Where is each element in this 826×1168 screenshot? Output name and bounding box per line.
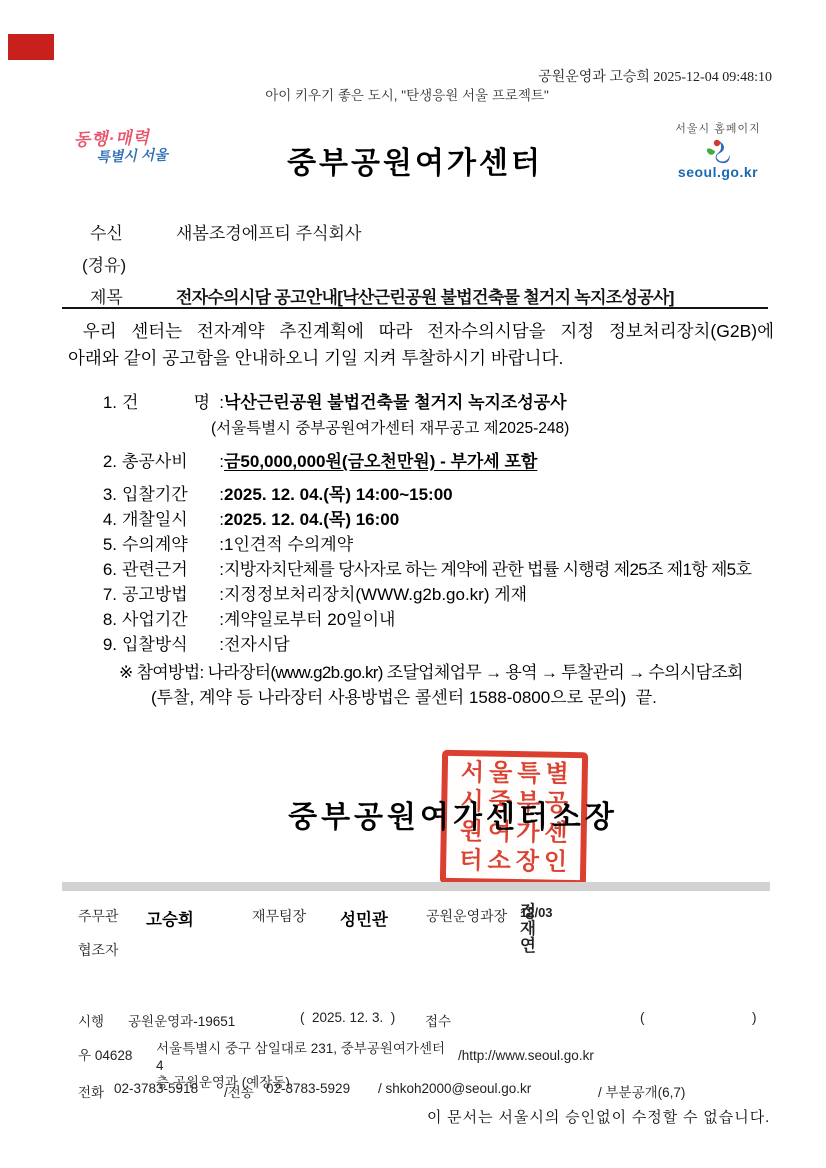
seal-row-1: 서울특별	[448, 759, 582, 787]
city-slogan: 아이 키우기 좋은 도시, "탄생응원 서울 프로젝트"	[0, 84, 820, 104]
item-number: 3.	[95, 482, 117, 507]
homepage-url: seoul.go.kr	[670, 165, 766, 179]
item-value-announce-method: 지정정보처리장치(WWW.g2b.go.kr) 게재	[224, 582, 782, 607]
recipient-block: 수신 새봄조경에프티 주식회사 (경유) 제목 전자수의시담 공고안내[낙산근린…	[90, 218, 768, 314]
cooperator-label: 협조자	[78, 940, 119, 960]
tel-number: 02-3783-5918	[114, 1081, 198, 1096]
intro-paragraph: 우리 센터는 전자계약 추진계획에 따라 전자수의시담을 지정 정보처리장치(G…	[68, 318, 774, 372]
intro-line-1: 우리 센터는 전자계약 추진계획에 따라 전자수의시담을 지정 정보처리장치(G…	[68, 318, 774, 345]
item-number: 1.	[95, 390, 117, 415]
item-label: 공고방법 :	[122, 582, 224, 607]
subject-row: 제목 전자수의시담 공고안내[낙산근린공원 불법건축물 철거지 녹지조성공사]	[90, 282, 768, 314]
fax-number: 02-3783-5929	[266, 1081, 350, 1096]
execution-line: 시행 공원운영과-19651 ( 2025. 12. 3. ) 접수 ( )	[78, 1010, 776, 1028]
subject-label: 제목	[90, 282, 176, 314]
list-item-1: 1. 건 명 : 낙산근린공원 불법건축물 철거지 녹지조성공사	[95, 390, 782, 415]
list-item-9: 9. 입찰방식 : 전자시담	[95, 632, 782, 657]
approver-name: 고승희	[146, 906, 194, 930]
zip-code: 04628	[95, 1048, 133, 1063]
seal-row-3: 원여가센	[447, 819, 581, 847]
address-line-1: 서울특별시 중구 삼일대로 231, 중부공원여가센터 4	[156, 1041, 449, 1073]
participation-note-line1: ※ 참여방법: 나라장터(www.g2b.go.kr) 조달업체업무 → 용역 …	[119, 660, 782, 685]
item-number: 5.	[95, 532, 117, 557]
seal-row-4: 터소장인	[446, 848, 580, 876]
approval-divider-band	[62, 882, 770, 891]
item-label: 건 명 :	[122, 390, 224, 415]
item-number: 6.	[95, 557, 117, 582]
redaction-box	[8, 34, 54, 60]
item-number: 7.	[95, 582, 117, 607]
subject-divider-line	[62, 307, 768, 309]
list-item-2: 2. 총공사비 : 금50,000,000원(금오천만원) - 부가세 포함	[95, 449, 782, 474]
item-value-project-period: 계약일로부터 20일이내	[224, 607, 782, 632]
processing-stamp: 공원운영과 고승희 2025-12-04 09:48:10	[0, 66, 772, 86]
announcement-list: 1. 건 명 : 낙산근린공원 불법건축물 철거지 녹지조성공사 (서울특별시 …	[95, 390, 782, 710]
letterhead: 동행·매력 특별시 서울 중부공원여가센터 서울시 홈페이지 seoul.go.…	[62, 124, 768, 196]
official-seal-stamp: 서울특별 시중부공 원여가센 터소장인	[440, 750, 588, 887]
execution-date: ( 2025. 12. 3. )	[300, 1010, 395, 1025]
approver-role: 재무팀장	[252, 906, 306, 926]
item-number: 8.	[95, 607, 117, 632]
seoul-city-logo-icon	[703, 138, 733, 164]
list-item-7: 7. 공고방법 : 지정정보처리장치(WWW.g2b.go.kr) 게재	[95, 582, 782, 607]
fax-label: /전송	[224, 1081, 254, 1101]
list-item-5: 5. 수의계약 : 1인견적 수의계약	[95, 532, 782, 557]
item-value-bid-method: 전자시담	[224, 632, 782, 657]
disclosure-level: / 부분공개(6,7)	[598, 1081, 685, 1101]
execution-number: 공원운영과-19651	[128, 1010, 235, 1030]
email-address: / shkoh2000@seoul.go.kr	[378, 1081, 531, 1096]
item-value-contract-type: 1인견적 수의계약	[224, 532, 782, 557]
item-subnote-announcement-no: (서울특별시 중부공원여가센터 재무공고 제2025-248)	[211, 416, 782, 441]
item-number: 4.	[95, 507, 117, 532]
execution-label: 시행	[78, 1010, 104, 1030]
list-item-8: 8. 사업기간 : 계약일로부터 20일이내	[95, 607, 782, 632]
item-label: 입찰방식 :	[122, 632, 224, 657]
subject-value: 전자수의시담 공고안내[낙산근린공원 불법건축물 철거지 녹지조성공사]	[176, 282, 674, 314]
item-value-legal-basis: 지방자치단체를 당사자로 하는 계약에 관한 법률 시행령 제25조 제1항 제…	[224, 557, 782, 582]
recipient-label: 수신	[90, 218, 176, 250]
recipient-value: 새봄조경에프티 주식회사	[176, 218, 361, 250]
approver-name: 정재연	[520, 904, 536, 955]
signer-title: 중부공원여가센터소장	[40, 792, 826, 836]
postal-code: 우 04628	[78, 1040, 156, 1064]
list-item-4: 4. 개찰일시 : 2025. 12. 04.(목) 16:00	[95, 507, 782, 532]
website-url: /http://www.seoul.go.kr	[458, 1040, 594, 1064]
item-label: 개찰일시 :	[122, 507, 224, 532]
contact-line: 전화 02-3783-5918 /전송 02-3783-5929 / shkoh…	[78, 1081, 776, 1099]
tel-label: 전화	[78, 1081, 104, 1101]
intro-line-2: 아래와 같이 공고함을 안내하오니 기일 지켜 투찰하시기 바랍니다.	[68, 345, 774, 372]
official-document-page: 공원운영과 고승희 2025-12-04 09:48:10 아이 키우기 좋은 …	[0, 0, 826, 1168]
item-value-bid-period: 2025. 12. 04.(목) 14:00~15:00	[224, 482, 782, 507]
participation-note-line2: (투찰, 계약 등 나라장터 사용방법은 콜센터 1588-0800으로 문의)…	[151, 685, 782, 710]
seal-row-2: 시중부공	[447, 789, 581, 817]
item-label: 수의계약 :	[122, 532, 224, 557]
approver-role: 공원운영과장	[426, 906, 507, 926]
approver-name: 성민관	[340, 906, 388, 930]
via-label: (경유)	[82, 250, 126, 282]
item-number: 9.	[95, 632, 117, 657]
receipt-paren-close: )	[752, 1010, 757, 1025]
receipt-paren-open: (	[640, 1010, 645, 1025]
modification-notice: 이 문서는 서울시의 승인없이 수정할 수 없습니다.	[427, 1106, 770, 1127]
approval-line: 주무관 고승희 재무팀장 성민관 공원운영과장 12/03 정재연	[62, 898, 770, 942]
zip-label: 우	[78, 1048, 91, 1063]
recipient-row: 수신 새봄조경에프티 주식회사	[90, 218, 768, 250]
item-value-opening-time: 2025. 12. 04.(목) 16:00	[224, 507, 782, 532]
item-label: 관련근거 :	[122, 557, 224, 582]
via-row: (경유)	[90, 250, 768, 282]
item-label: 입찰기간 :	[122, 482, 224, 507]
agency-title: 중부공원여가센터	[62, 138, 768, 182]
receipt-label: 접수	[425, 1010, 451, 1030]
item-value-total-cost: 금50,000,000원(금오천만원) - 부가세 포함	[224, 449, 782, 474]
seoul-homepage-block: 서울시 홈페이지 seoul.go.kr	[670, 122, 766, 179]
item-number: 2.	[95, 449, 117, 474]
list-item-6: 6. 관련근거 : 지방자치단체를 당사자로 하는 계약에 관한 법률 시행령 …	[95, 557, 782, 582]
item-label: 총공사비 :	[122, 449, 224, 474]
list-item-3: 3. 입찰기간 : 2025. 12. 04.(목) 14:00~15:00	[95, 482, 782, 507]
approver-role: 주무관	[78, 906, 119, 926]
item-label: 사업기간 :	[122, 607, 224, 632]
homepage-label: 서울시 홈페이지	[670, 122, 766, 136]
item-value-project-name: 낙산근린공원 불법건축물 철거지 녹지조성공사	[224, 390, 782, 415]
